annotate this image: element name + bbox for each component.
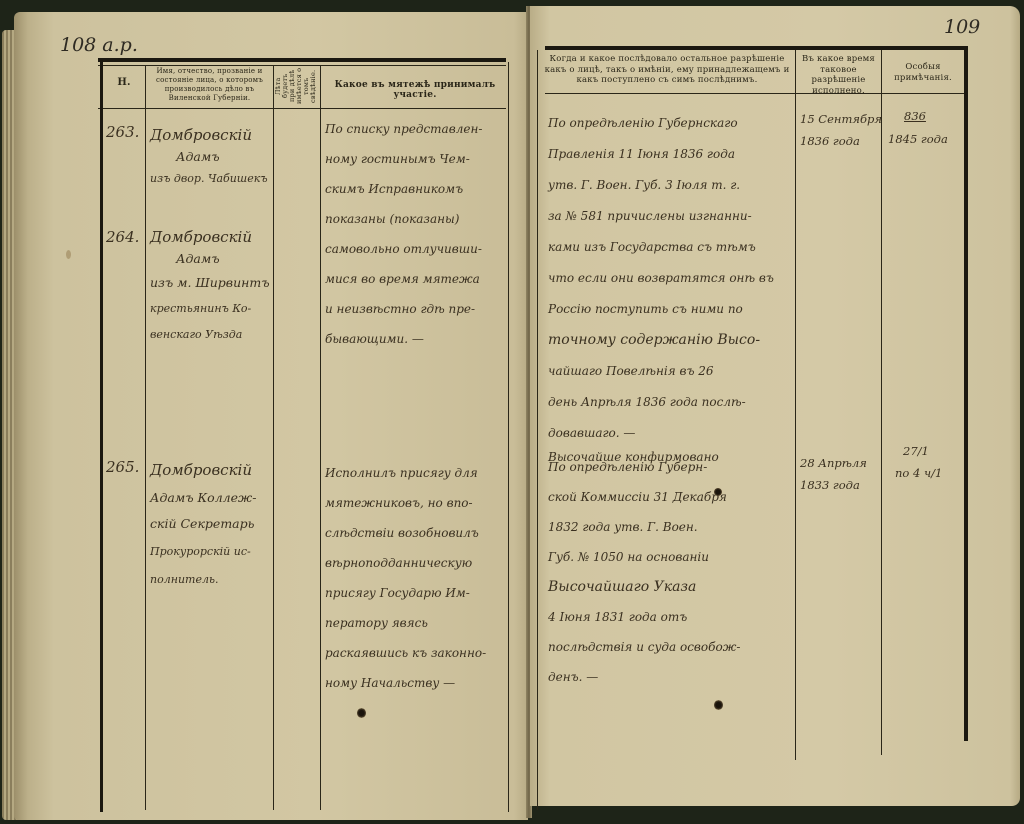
entry-name: Домбровскiй Адамъ изъ м. Ширвинтъ кресть… [150,222,270,350]
name-line: полнитель. [150,565,256,595]
participation-line: По списку представлен- [325,114,482,144]
resolution-line: Россiю поступить съ ними по [548,294,774,325]
participation-line: ному гостинымъ Чем- [325,144,482,174]
resolution-line: Высочайшаго Указа [548,572,740,602]
resolution-line: за № 581 причислены изгнанни- [548,201,774,232]
page-number-left: 108 а.р. [60,34,138,56]
participation-line: слѣдствiи возобновилъ [325,518,486,548]
header-top-rule-left [98,58,506,62]
resolution-line: 1832 года утв. Г. Воен. [548,512,740,542]
entry-number: 263. [106,123,139,141]
header-bottom-rule-right [545,93,965,94]
right-border-rule [964,46,968,741]
open-ledger-book: 108 а.р. Н. Имя, отчество, прозванiе и с… [0,0,1024,824]
entry-participation: По списку представлен- ному гостинымъ Че… [325,114,482,354]
resolution-line: По опредѣленiю Губернскаго [548,108,774,139]
entry-number: 265. [106,458,139,476]
col-rule-right-1 [537,50,538,810]
resolution-line: Правленiя 11 Iюня 1836 года [548,139,774,170]
entry-name: Домбровскiй Адамъ Коллеж- скiй Секретарь… [150,455,256,595]
remarks-line: по 4 ч/1 [895,462,942,484]
participation-line: присягу Государю Им- [325,578,486,608]
participation-line: вѣрноподданническую [325,548,486,578]
participation-line: скимъ Исправникомъ [325,174,482,204]
participation-line: ператору явясь [325,608,486,638]
executed-line: 1836 года [800,130,882,152]
remarks: 836 1845 года [888,104,948,150]
participation-line: и неизвѣстно гдѣ пре- [325,294,482,324]
left-border-rule [100,62,103,812]
resolution-line: денъ. — [548,662,740,692]
col-rule-2 [273,65,274,810]
participation-line: мися во время мятежа [325,264,482,294]
resolution-line: точному содержанiю Высо- [548,325,774,356]
resolution-line: 4 Iюня 1831 года отъ [548,602,740,632]
participation-line: Исполнилъ присягу для [325,458,486,488]
remarks-line: 836 [888,104,948,128]
name-line: Домбровскiй [150,455,256,485]
remarks-line: 1845 года [888,128,948,150]
resolution-line: послѣдствiя и суда освобож- [548,632,740,662]
executed-line: 15 Сентября [800,108,882,130]
name-line: изъ двор. Чабишекъ [150,164,268,194]
header-remarks: Особыя примѣчанiя. [883,62,963,83]
resolution-line: Губ. № 1050 на основанiи [548,542,740,572]
remarks-line: 27/1 [895,440,942,462]
paper-hole [714,488,722,496]
col-rule-right-3 [881,50,882,755]
resolution-line: ской Коммиссiи 31 Декабря [548,482,740,512]
entry-participation: Исполнилъ присягу для мятежниковъ, но вп… [325,458,486,698]
executed-date: 28 Апрѣля 1833 года [800,452,867,496]
page-number-right: 109 [944,16,980,38]
resolution-line: что если они возвратятся онѣ въ [548,263,774,294]
col-rule-3 [320,65,321,810]
remarks: 27/1 по 4 ч/1 [895,440,942,484]
executed-date: 15 Сентября 1836 года [800,108,882,152]
col-rule-4 [508,62,509,812]
entry-name: Домбровскiй Адамъ изъ двор. Чабишекъ [150,120,268,194]
name-line: скiй Секретарь [150,509,256,539]
resolution-line: довавшаго. — [548,418,774,442]
resolution-text: По опредѣленiю Губерн- ской Коммиссiи 31… [548,452,740,692]
resolution-line: день Апрѣля 1836 года послѣ- [548,387,774,418]
header-years: Лѣта будетъ при дѣлѣ имѣется о томъ свѣд… [275,66,319,106]
col-rule-right-2 [795,50,796,760]
header-number: Н. [103,78,145,88]
participation-line: ному Начальству — [325,668,486,698]
header-participation: Какое въ мятежѣ принималъ участiе. [322,80,508,100]
resolution-line: утв. Г. Воен. Губ. 3 Iюля т. г. [548,170,774,201]
resolution-text: По опредѣленiю Губернскаго Правленiя 11 … [548,108,774,466]
paper-hole [357,708,366,718]
col-rule-1 [145,65,146,810]
header-bottom-rule-left [98,108,506,109]
resolution-line: ками изъ Государства съ тѣмъ [548,232,774,263]
name-line: венскаго Уѣзда [150,320,270,350]
header-resolution: Когда и какое послѣдовало остальное разр… [540,54,794,86]
resolution-line: чайшаго Повелѣнiя въ 26 [548,356,774,387]
name-line: Прокурорскiй ис- [150,537,256,567]
header-top-rule-right [545,46,965,50]
header-name: Имя, отчество, прозванiе и состоянiе лиц… [147,67,272,103]
paper-hole [714,700,723,710]
participation-line: самовольно отлучивши- [325,234,482,264]
header-executed: Въ какое время таковое разрѣшенiе исполн… [797,54,880,96]
participation-line: показаны (показаны) [325,204,482,234]
paper-stain [66,250,71,259]
executed-line: 1833 года [800,474,867,496]
executed-line: 28 Апрѣля [800,452,867,474]
participation-line: бывающими. — [325,324,482,354]
resolution-line: По опредѣленiю Губерн- [548,452,740,482]
entry-number: 264. [106,228,139,246]
participation-line: мятежниковъ, но впо- [325,488,486,518]
participation-line: раскаявшись къ законно- [325,638,486,668]
